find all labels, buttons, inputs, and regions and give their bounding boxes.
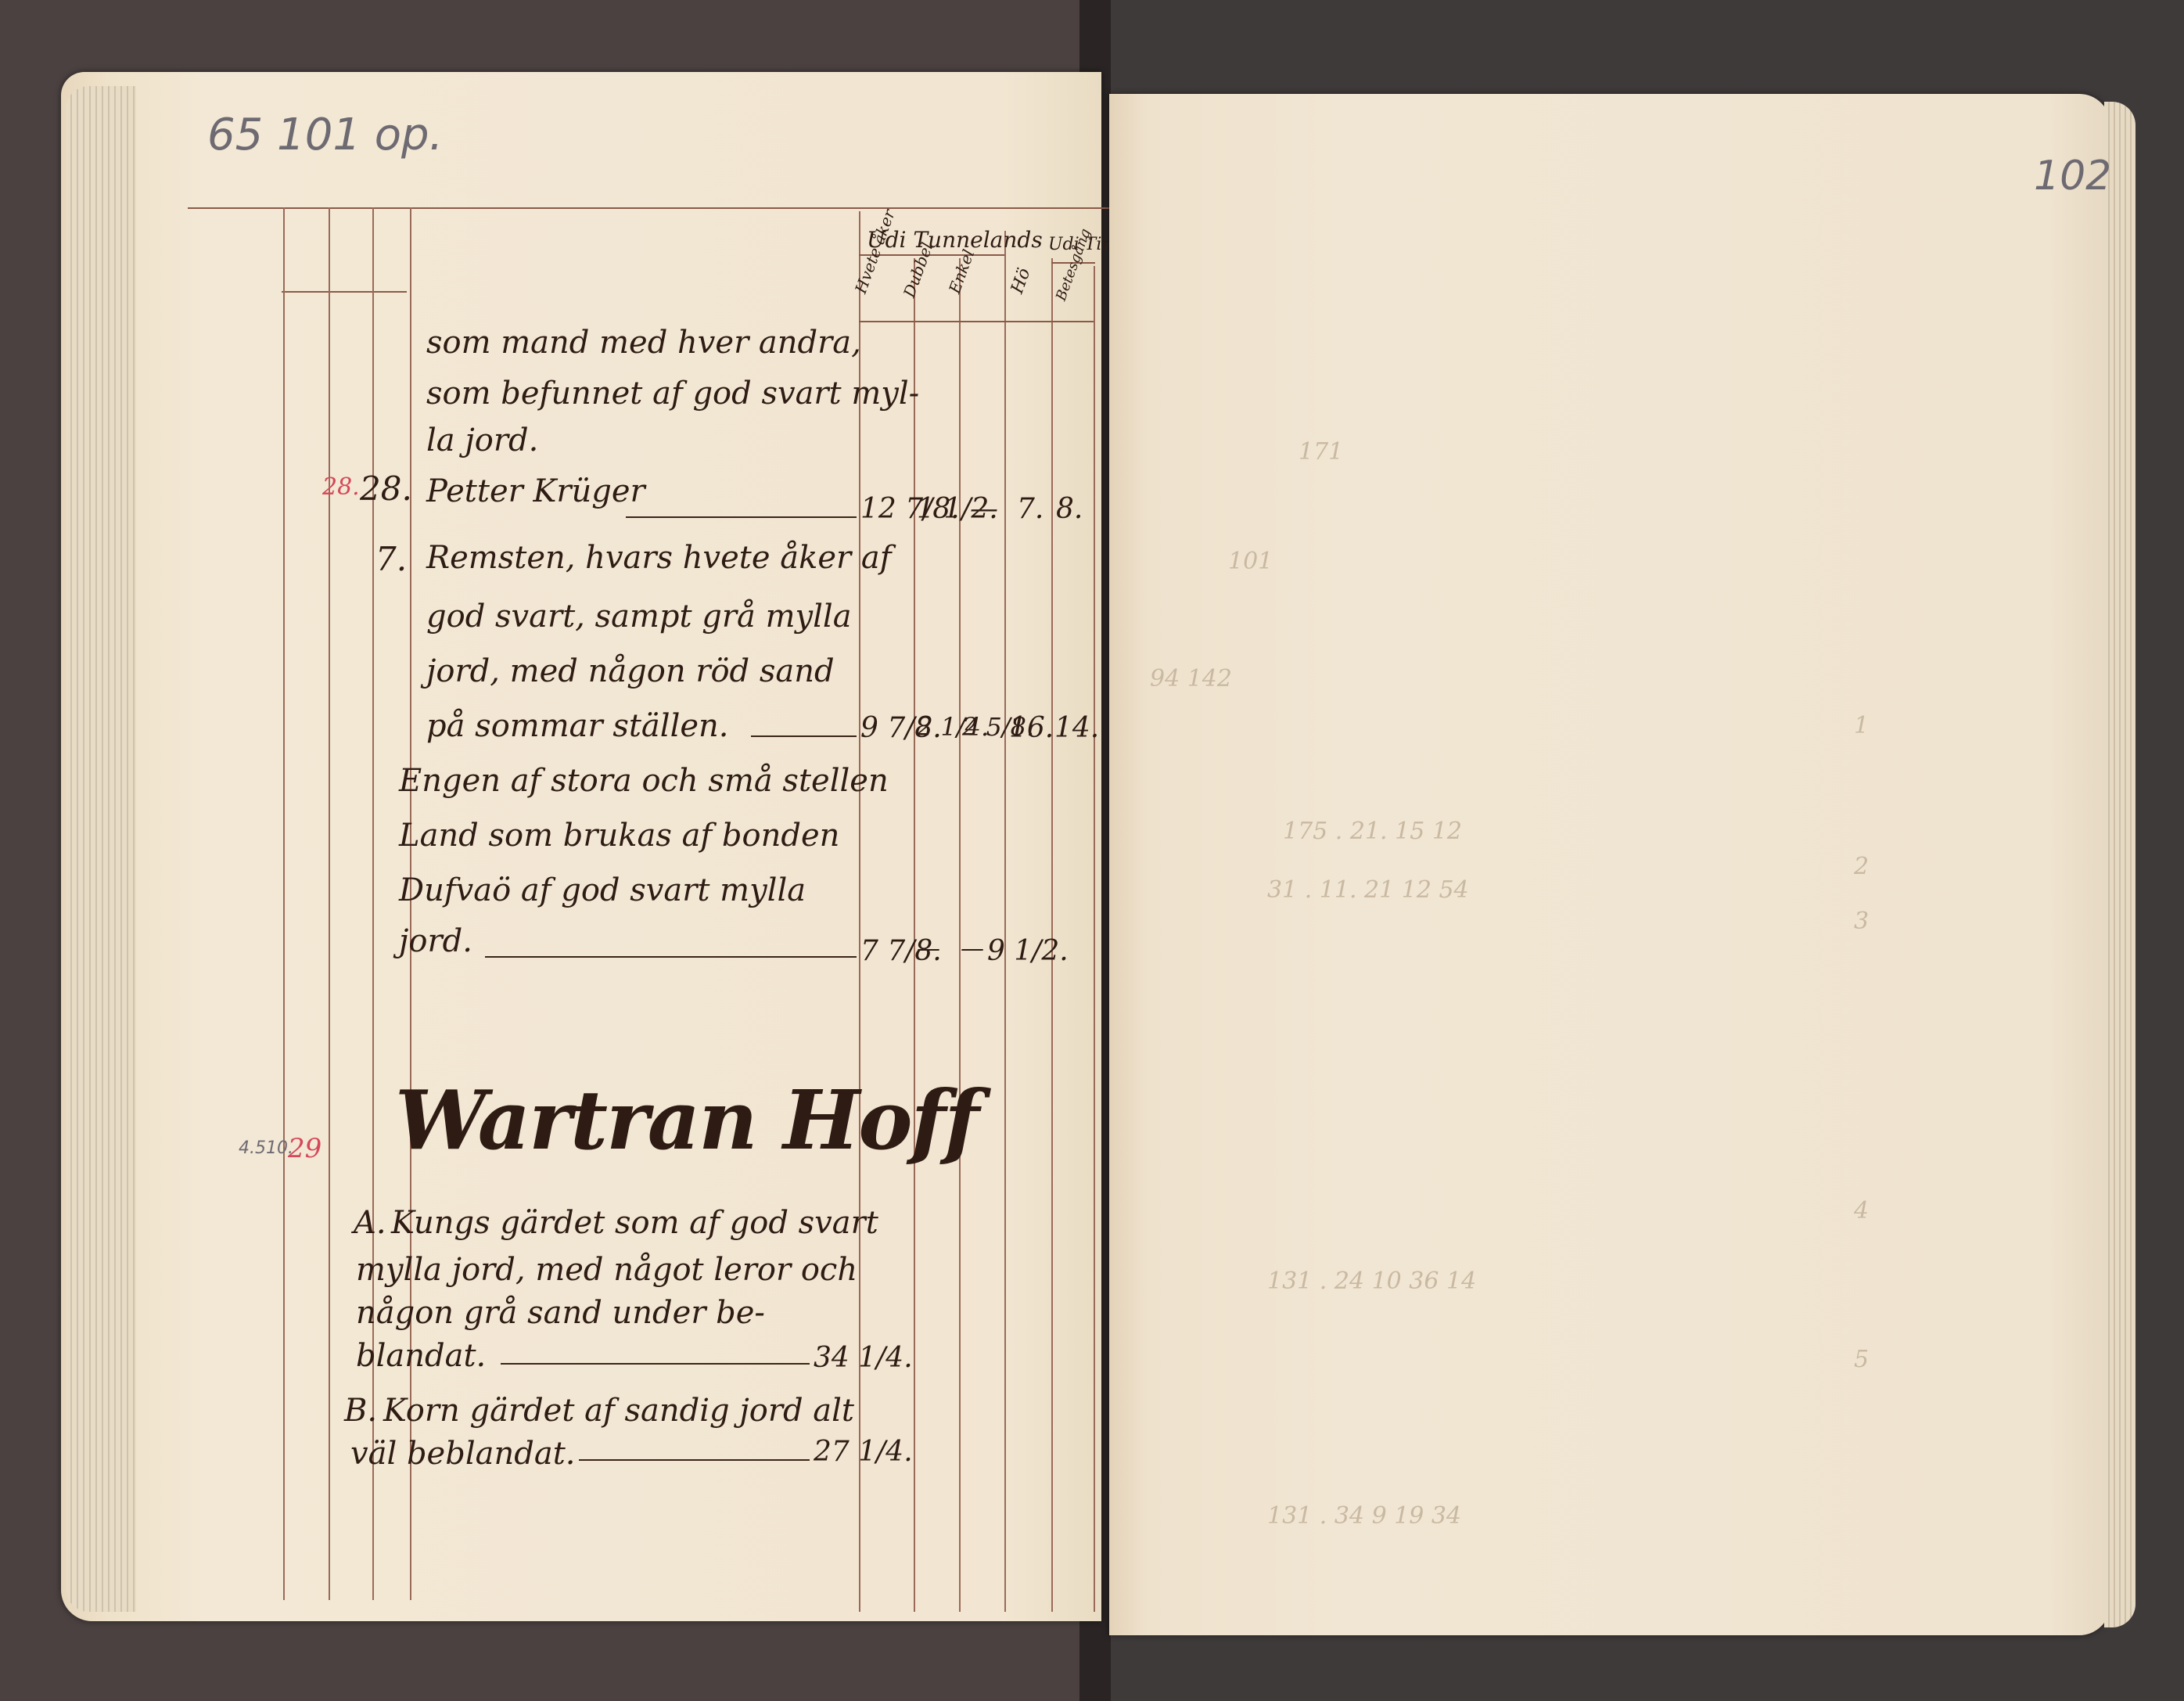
entry-2-leader-line xyxy=(751,735,857,737)
margin-line-2 xyxy=(329,207,330,1600)
pencil-note: 65 101 op. xyxy=(207,110,443,160)
entry-2-line-0: Remsten, hvars hvete åker af xyxy=(426,540,892,576)
bleed-number-6: 131 . 34 9 19 34 xyxy=(1267,1502,1461,1530)
bleed-number-1: 101 xyxy=(1228,548,1273,575)
bleed-number-4: 31 . 11. 21 12 54 xyxy=(1267,876,1469,904)
item-b-value: 27 1/4. xyxy=(814,1436,913,1468)
entry-2-val-4: 14. xyxy=(1054,712,1099,744)
page-edges-left xyxy=(66,86,136,1612)
entry-0-line-2: la jord. xyxy=(426,423,538,459)
entry-1-val-3: 7. xyxy=(1017,493,1044,525)
bleed-margin-2: 3 xyxy=(1854,908,1869,935)
entry-1-val-4: 8. xyxy=(1056,493,1083,525)
item-a-label: A. xyxy=(354,1205,386,1241)
item-a-line-0: Kungs gärdet som af god svart xyxy=(391,1205,878,1241)
entry-3-line-3: jord. xyxy=(399,923,472,959)
header-group1: Udi Tunnelands xyxy=(867,227,1043,253)
bleed-margin-3: 1 xyxy=(1854,712,1869,739)
section-margin-pencil: 4.510. xyxy=(239,1138,293,1158)
entry-1-val-2: — xyxy=(970,493,998,525)
entry-1-no: 28. xyxy=(360,469,412,508)
col-line-6 xyxy=(1094,266,1095,1612)
margin-sub-rule xyxy=(282,291,407,293)
item-b-label: B. xyxy=(344,1393,377,1429)
item-a-line-2: någon grå sand under be- xyxy=(356,1295,765,1331)
entry-1-margin-red: 28. xyxy=(322,473,360,501)
top-rule xyxy=(188,207,1111,209)
folio-number: 102 xyxy=(2034,153,2111,200)
entry-2-no: 7. xyxy=(375,540,407,578)
item-a-value: 34 1/4. xyxy=(814,1342,913,1374)
col-line-4 xyxy=(1004,231,1006,1612)
entry-3-val-3: 9 1/2. xyxy=(987,935,1069,967)
entry-0-line-1: som befunnet af god svart myl- xyxy=(426,376,919,412)
col-line-1 xyxy=(859,211,860,1612)
section-margin-red: 29 xyxy=(288,1133,321,1164)
bleed-margin-0: 4 xyxy=(1854,1197,1869,1225)
entry-1-leader-line xyxy=(626,516,857,518)
entry-3-leader-line xyxy=(485,956,857,958)
bleed-number-2: 94 142 xyxy=(1150,665,1232,692)
page-edges-right xyxy=(2104,102,2136,1627)
entry-2-val-3: 16. xyxy=(1009,712,1054,744)
item-a-line-3: blandat. xyxy=(356,1338,486,1374)
right-page xyxy=(1109,94,2110,1635)
entry-3-line-1: Land som brukas af bonden xyxy=(399,818,839,854)
entry-0-line-0: som mand med hver andra, xyxy=(426,325,861,361)
margin-line-1 xyxy=(283,207,285,1600)
entry-3-line-0: Engen af stora och små stellen xyxy=(399,763,889,799)
entry-1-text: Petter Krüger xyxy=(426,473,645,509)
entry-2-line-1: god svart, sampt grå mylla xyxy=(426,599,852,635)
entry-3-line-2: Dufvaö af god svart mylla xyxy=(399,872,806,908)
bleed-number-3: 175 . 21. 15 12 xyxy=(1283,818,1462,845)
item-b-line-0: Korn gärdet af sandig jord alt xyxy=(383,1393,854,1429)
item-a-line-1: mylla jord, med något leror och xyxy=(356,1252,857,1288)
bleed-number-5: 131 . 24 10 36 14 xyxy=(1267,1268,1476,1295)
entry-3-val-1: — xyxy=(917,935,940,962)
item-b-line-1: väl beblandat. xyxy=(350,1436,575,1472)
bleed-margin-1: 2 xyxy=(1854,853,1869,880)
bleed-number-0: 171 xyxy=(1299,438,1343,466)
section-title: Wartran Hoff xyxy=(395,1072,978,1168)
entry-3-val-2: — xyxy=(961,935,984,962)
bleed-margin-4: 5 xyxy=(1854,1346,1869,1373)
header-bottom-rule xyxy=(859,321,1094,322)
entry-2-line-2: jord, med någon röd sand xyxy=(426,653,835,689)
item-b-leader-line xyxy=(579,1459,810,1461)
item-a-leader-line xyxy=(501,1363,810,1365)
entry-2-line-3: på sommar ställen. xyxy=(426,708,729,744)
margin-line-3 xyxy=(372,207,374,1600)
